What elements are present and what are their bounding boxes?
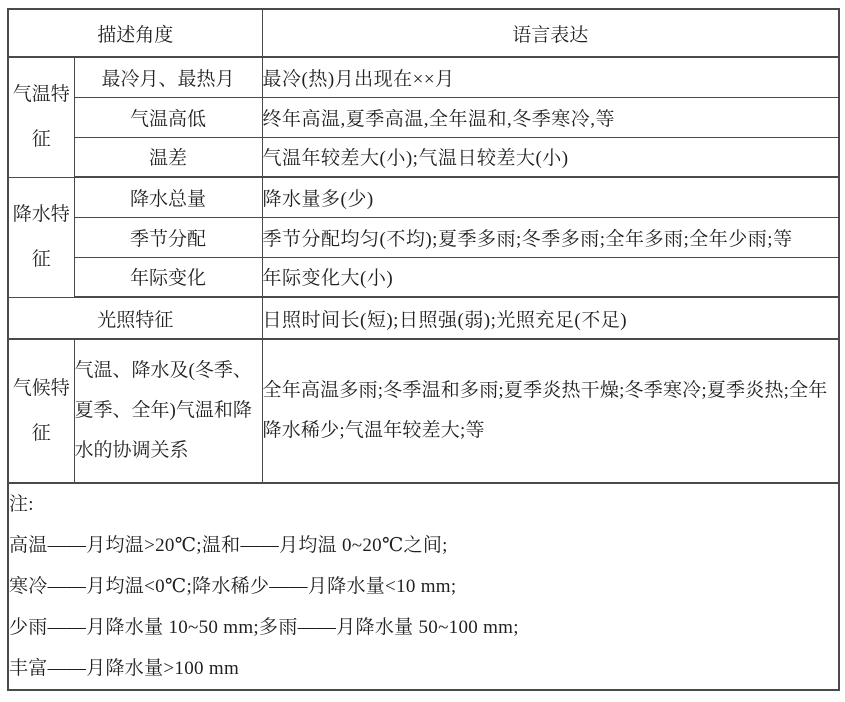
note-line: 寒冷——月均温<0℃;降水稀少——月降水量<10 mm; [9,566,838,607]
expression-climate-combination: 全年高温多雨;冬季温和多雨;夏季炎热干燥;冬季寒冷;夏季炎热;全年降水稀少;气温… [262,339,839,483]
expression-coldest-hottest-month: 最冷(热)月出现在××月 [262,57,839,97]
group-sunshine: 光照特征 [8,297,262,339]
aspect-seasonal-distribution: 季节分配 [74,217,262,257]
notes-cell: 注: 高温——月均温>20℃;温和——月均温 0~20℃之间; 寒冷——月均温<… [8,483,839,690]
group-precipitation: 降水特征 [8,177,74,297]
table-row: 气温高低 终年高温,夏季高温,全年温和,冬季寒冷,等 [8,97,839,137]
group-temperature: 气温特征 [8,57,74,177]
expression-temperature-level: 终年高温,夏季高温,全年温和,冬季寒冷,等 [262,97,839,137]
expression-seasonal-distribution: 季节分配均匀(不均);夏季多雨;冬季多雨;全年多雨;全年少雨;等 [262,217,839,257]
notes-row: 注: 高温——月均温>20℃;温和——月均温 0~20℃之间; 寒冷——月均温<… [8,483,839,690]
sunshine-row: 光照特征 日照时间长(短);日照强(弱);光照充足(不足) [8,297,839,339]
aspect-coldest-hottest-month: 最冷月、最热月 [74,57,262,97]
table-row: 季节分配 季节分配均匀(不均);夏季多雨;冬季多雨;全年多雨;全年少雨;等 [8,217,839,257]
expression-precipitation-total: 降水量多(少) [262,177,839,217]
expression-temperature-range: 气温年较差大(小);气温日较差大(小) [262,137,839,177]
group-climate: 气候特征 [8,339,74,483]
aspect-interannual-variation: 年际变化 [74,257,262,297]
aspect-precipitation-total: 降水总量 [74,177,262,217]
header-expression: 语言表达 [262,9,839,57]
note-line: 少雨——月降水量 10~50 mm;多雨——月降水量 50~100 mm; [9,607,838,648]
climate-description-table: 描述角度 语言表达 气温特征 最冷月、最热月 最冷(热)月出现在××月 气温高低… [7,8,840,691]
table-row: 降水特征 降水总量 降水量多(少) [8,177,839,217]
note-line: 丰富——月降水量>100 mm [9,648,838,689]
table-row: 年际变化 年际变化大(小) [8,257,839,297]
table-row: 温差 气温年较差大(小);气温日较差大(小) [8,137,839,177]
aspect-temperature-range: 温差 [74,137,262,177]
page: 描述角度 语言表达 气温特征 最冷月、最热月 最冷(热)月出现在××月 气温高低… [0,0,845,702]
aspect-climate-combination: 气温、降水及(冬季、夏季、全年)气温和降水的协调关系 [74,339,262,483]
table-row: 气温特征 最冷月、最热月 最冷(热)月出现在××月 [8,57,839,97]
expression-interannual-variation: 年际变化大(小) [262,257,839,297]
note-line: 高温——月均温>20℃;温和——月均温 0~20℃之间; [9,525,838,566]
notes-label: 注: [9,484,838,525]
climate-row: 气候特征 气温、降水及(冬季、夏季、全年)气温和降水的协调关系 全年高温多雨;冬… [8,339,839,483]
header-angle: 描述角度 [8,9,262,57]
header-row: 描述角度 语言表达 [8,9,839,57]
expression-sunshine: 日照时间长(短);日照强(弱);光照充足(不足) [262,297,839,339]
aspect-temperature-level: 气温高低 [74,97,262,137]
